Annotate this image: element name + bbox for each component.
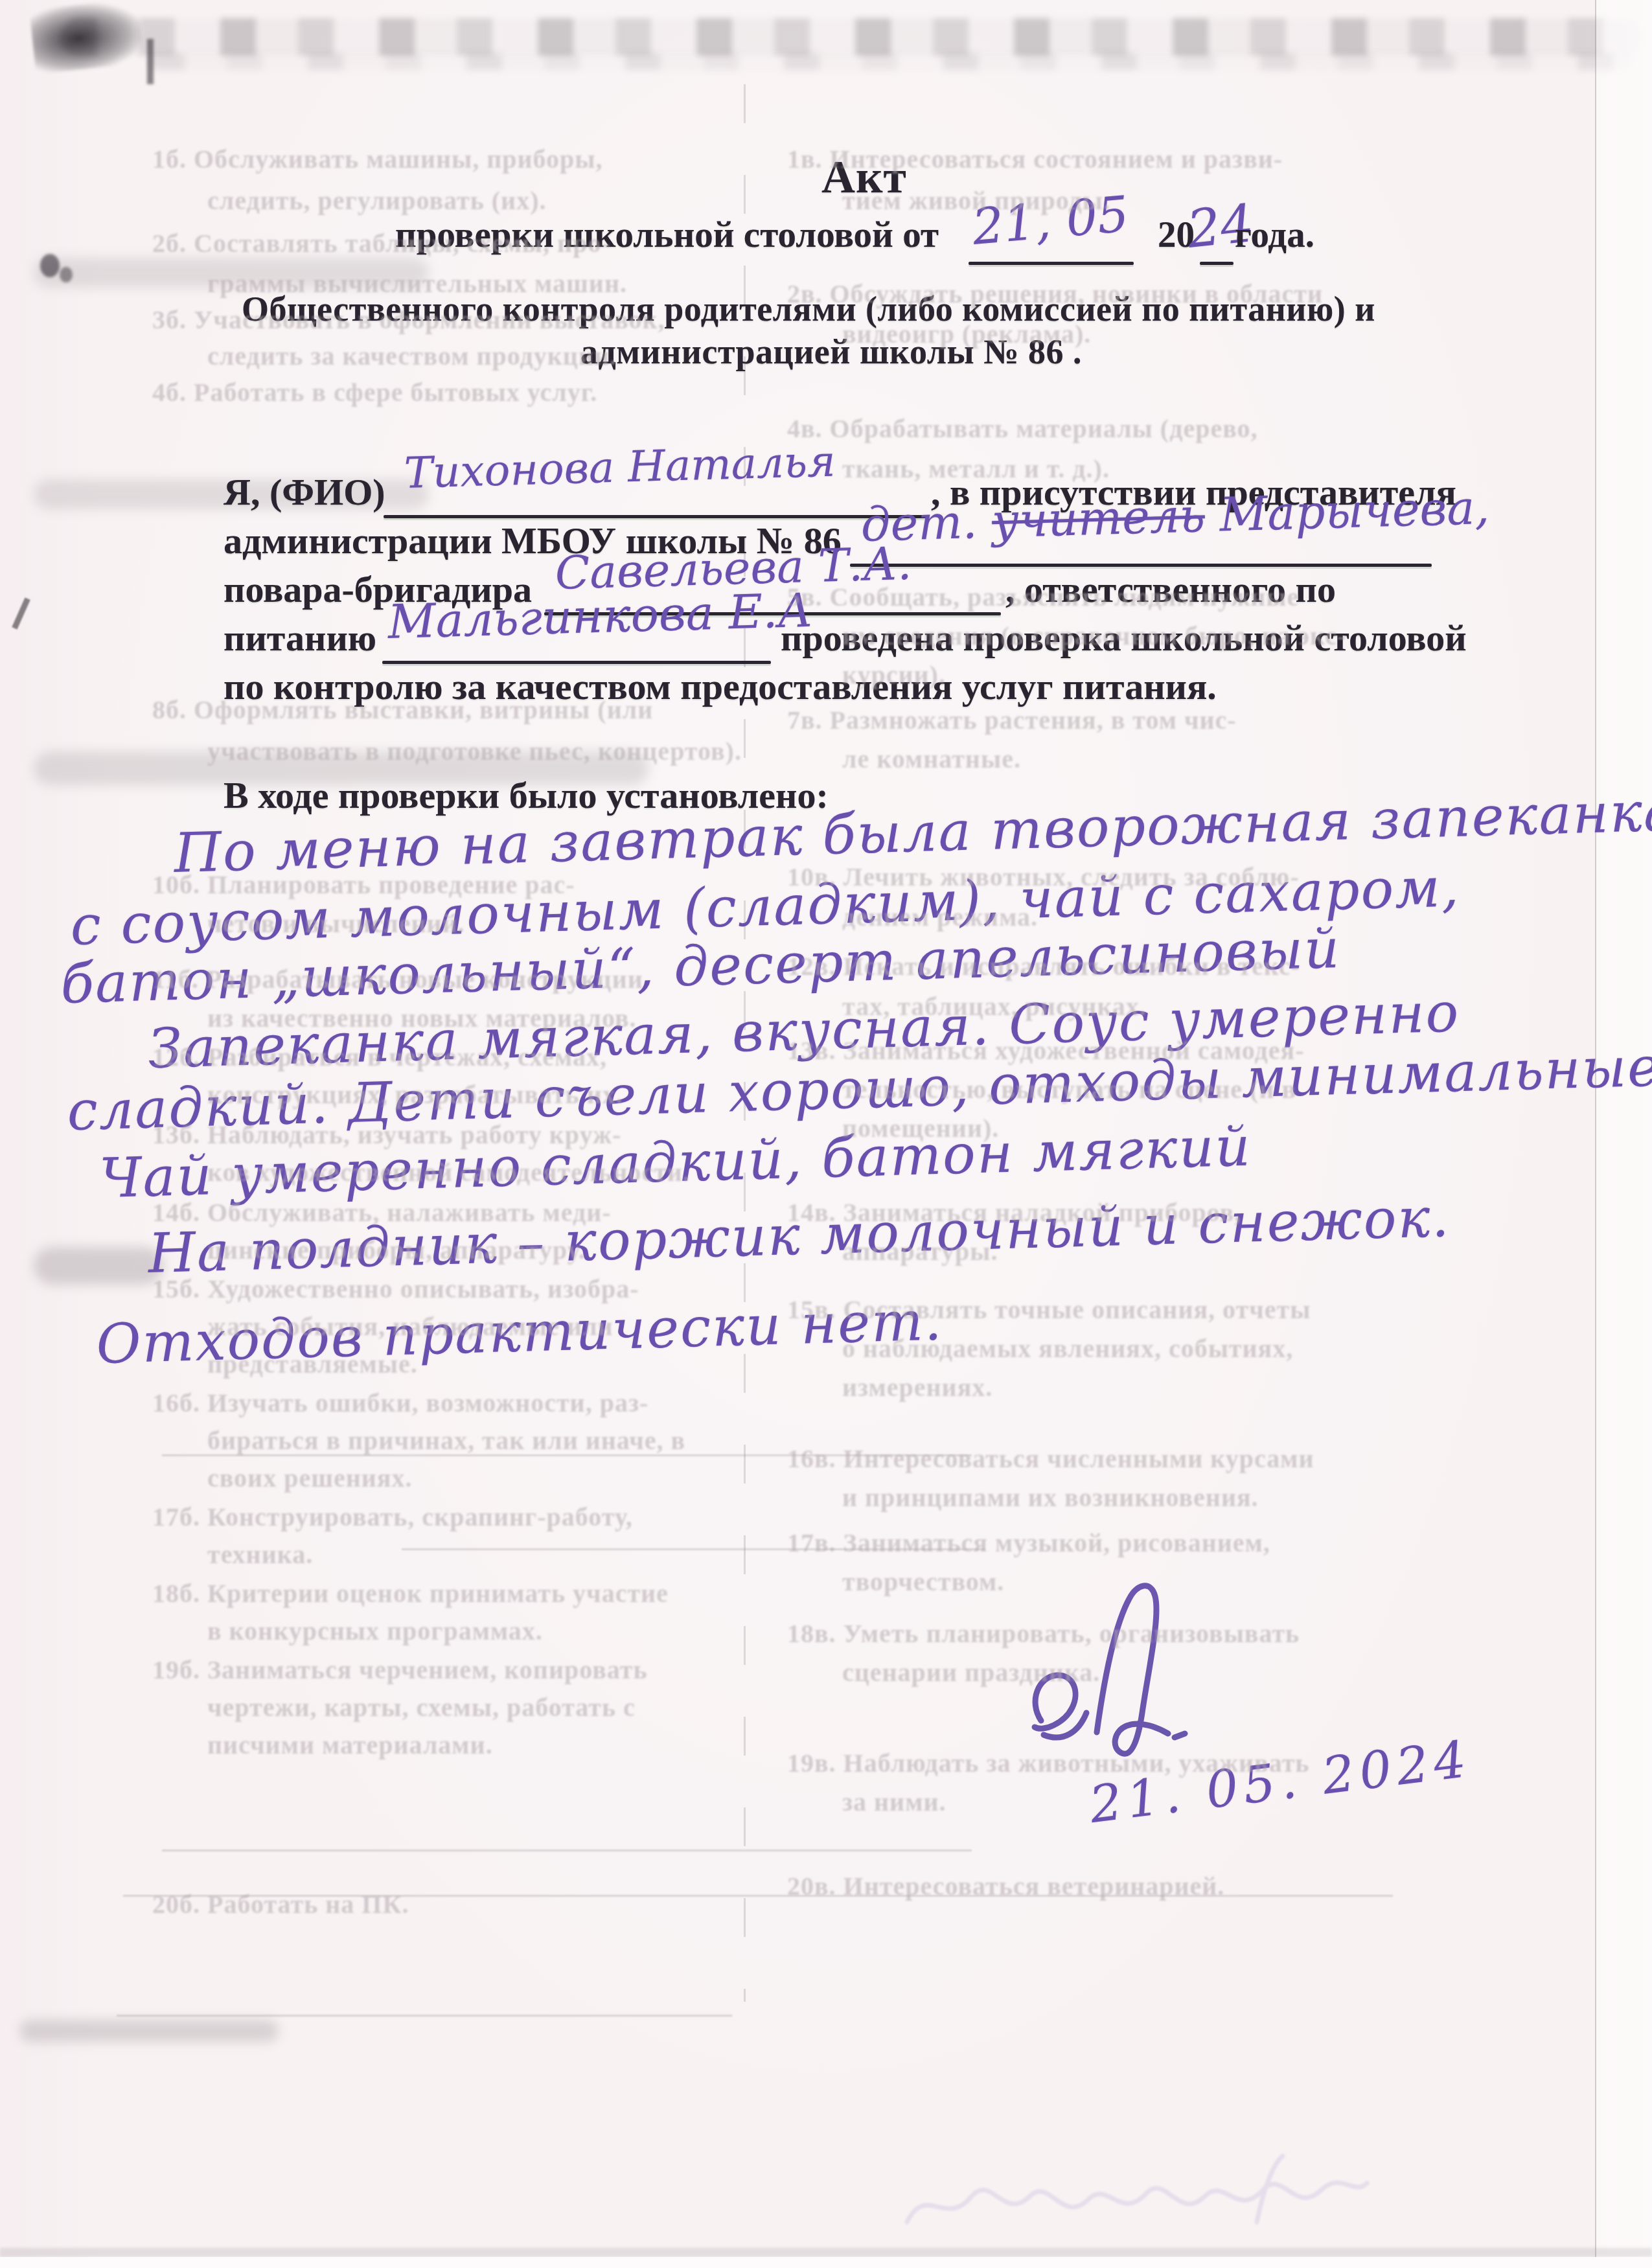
scan-smudge-tick xyxy=(12,597,30,629)
bleed-through-line: 14в. Заниматься наладкой приборов, xyxy=(787,1197,1241,1228)
bleed-through-line: 13б. Наблюдать, изучать работу круж- xyxy=(152,1119,621,1150)
admin-rep-struck: учитель xyxy=(991,488,1206,548)
scan-smudge-dot-2 xyxy=(60,267,73,282)
bleed-through-line: сценарии праздника. xyxy=(842,1657,1100,1688)
bleed-through-line: 14б. Обслуживать, налаживать меди- xyxy=(152,1197,612,1228)
scan-right-edge-line xyxy=(1595,0,1596,2268)
bleed-through-line: 17б. Конструировать, скрапинг-работу, xyxy=(152,1502,633,1532)
bleed-through-line: 18в. Уметь планировать, организовывать xyxy=(787,1618,1300,1649)
bleed-through-line: 4б. Работать в сфере бытовых услуг. xyxy=(152,377,597,407)
bleed-through-line: 4в. Обрабатывать материалы (дерево, xyxy=(787,413,1257,444)
bleed-through-line: 11б. Разрабатывать новые конструкции xyxy=(152,964,643,994)
scan-smudge-bottom-left xyxy=(19,2020,279,2042)
handwritten-fio: Тихонова Наталья xyxy=(404,436,836,498)
bleed-through-line: и принципами их возникновения. xyxy=(842,1482,1259,1513)
scan-hairline-5 xyxy=(117,2015,732,2017)
body-line4-pre: питанию xyxy=(224,616,376,659)
scan-bottom-edge xyxy=(0,2248,1652,2257)
bleed-through-line: своих решениях. xyxy=(207,1463,412,1493)
bleed-through-line: 2б. Составлять таблицы, схемы, про- xyxy=(152,228,611,258)
bleed-through-line: 2в. Обсуждать решения, новинки в области xyxy=(787,279,1323,309)
bleed-through-line: 20в. Интересоваться ветеринарией. xyxy=(787,1871,1224,1901)
bleed-through-line: 3б. Участвовать в оформлении выставок, xyxy=(152,304,665,335)
scan-smudge-left-4 xyxy=(34,1247,163,1285)
bleed-through-line: ле комнатные. xyxy=(842,744,1021,774)
bleed-through-line: тах, таблицах, рисунках. xyxy=(842,991,1147,1022)
bleed-through-line: 12в. Искать и исправлять ошибки в текс- xyxy=(787,951,1300,981)
scan-right-edge-strip xyxy=(1596,0,1652,2268)
bleed-through-line: 1в. Интересоваться состоянием и разви- xyxy=(787,144,1283,174)
year-blank-underline xyxy=(1200,262,1233,265)
bleed-through-line: творчеством. xyxy=(842,1566,1004,1597)
admin-blank-underline xyxy=(850,564,1432,567)
scan-smudge-dot-1 xyxy=(40,254,60,277)
bleed-through-signature-ghost xyxy=(894,2144,1386,2248)
bleed-through-line: измерениях. xyxy=(842,1372,992,1403)
bleed-through-line: 17в. Заниматься музыкой, рисованием, xyxy=(787,1528,1270,1558)
bleed-through-line: помещении). xyxy=(842,1113,999,1143)
admin-rep-post: Марычева, xyxy=(1204,480,1491,542)
date-blank-underline xyxy=(969,262,1134,265)
bleed-through-line: в конкурсных программах. xyxy=(207,1616,543,1646)
officer-blank-underline xyxy=(382,661,771,664)
scan-hairline-3 xyxy=(162,1850,972,1851)
bleed-through-line: цинские приборы, аппаратуру. xyxy=(207,1235,586,1265)
body-line1-pre: Я, (ФИО) xyxy=(224,470,385,514)
handwritten-officer: Мальгинкова Е.А xyxy=(387,583,814,649)
bleed-through-line: 20б. Работать на ПК. xyxy=(152,1889,409,1919)
bleed-through-line: из качественно новых материалов. xyxy=(207,1003,637,1033)
bleed-through-line: 1б. Обслуживать машины, приборы, xyxy=(152,144,603,174)
bleed-through-line: писчими материалами. xyxy=(207,1730,493,1760)
title-date-line-post: года. xyxy=(1235,214,1314,256)
scan-smudge-top-band xyxy=(62,18,1642,56)
scan-bottom-strip xyxy=(0,2257,1652,2268)
bleed-through-line: бираться в причинах, так или иначе, в xyxy=(207,1425,685,1456)
bleed-through-line: представляемые. xyxy=(207,1349,418,1379)
bleed-through-line: следить, регулировать (их). xyxy=(207,185,546,216)
bleed-through-line: 15б. Художественно описывать, изобра- xyxy=(152,1274,639,1304)
bleed-through-line: участвовать в подготовке пьес, концертов… xyxy=(207,736,742,766)
bleed-through-line: курсии). xyxy=(842,659,946,690)
bleed-through-line: тием живой природы. xyxy=(842,185,1110,216)
bleed-through-line: аппаратуры. xyxy=(842,1236,998,1266)
scan-smudge-top-band-2 xyxy=(149,53,1633,70)
bleed-through-line: ков художественной самодеятельности. xyxy=(207,1157,690,1187)
bleed-through-line: следить за качеством продукции. xyxy=(207,341,617,371)
bleed-through-line: граммы вычислительных машин. xyxy=(207,268,627,299)
bleed-through-line: 19б. Заниматься черчением, копировать xyxy=(152,1655,648,1685)
bleed-through-line: 5в. Сообщать, разъяснять людям нужные xyxy=(787,582,1299,612)
bleed-through-line: техника. xyxy=(207,1539,313,1570)
bleed-through-line: тельностью, выступать на сцене (и в xyxy=(842,1074,1296,1105)
bleed-through-line: чертежи, карты, схемы, работать с xyxy=(207,1692,636,1723)
bleed-through-line: 8б. Оформлять выставки, витрины (или xyxy=(152,694,653,725)
bleed-through-line: 16в. Интересоваться численными курсами xyxy=(787,1443,1314,1474)
bleed-through-line: 15в. Составлять точные описания, отчеты xyxy=(787,1294,1311,1325)
scanned-document-page: Акт проверки школьной столовой от 21, 05… xyxy=(0,0,1652,2268)
bleed-through-line: 7в. Размножать растения, в том чис- xyxy=(787,705,1237,735)
bleed-through-line: 16б. Изучать ошибки, возможности, раз- xyxy=(152,1388,648,1418)
bleed-through-line: конструкциях, разрабатывать их. xyxy=(207,1079,623,1110)
bleed-through-line: видеоигр (реклама). xyxy=(842,319,1091,349)
bleed-through-line: 13в. Заниматься художественной самодея- xyxy=(787,1035,1305,1066)
scan-smudge-corner xyxy=(29,0,144,74)
scan-smudge-top-tick xyxy=(147,39,154,84)
bleed-through-line: 10в. Лечить животных, следить за соблю- xyxy=(787,862,1300,892)
bleed-through-line: ткань, металл и т. д.). xyxy=(842,453,1110,484)
bleed-through-line: им сведения (в справочном бюро, на экс- xyxy=(842,621,1346,651)
bleed-through-line: о наблюдаемых явлениях, событиях, xyxy=(842,1333,1293,1364)
bleed-through-line: 12б. Разбираться в чертежах, схемах, xyxy=(152,1042,607,1072)
bleed-through-line: за ними. xyxy=(842,1787,946,1817)
bleed-through-line: 10б. Планировать проведение рас- xyxy=(152,869,575,900)
bleed-through-line: 19в. Наблюдать за животными, ухаживать xyxy=(787,1748,1309,1778)
bleed-through-line: 18б. Критерии оценок принимать участие xyxy=(152,1578,669,1609)
bleed-through-line: четов и вычислений. xyxy=(207,908,465,939)
bleed-through-line: дением режима. xyxy=(842,902,1038,932)
fio-blank-underline xyxy=(384,515,926,518)
bleed-through-line: жать события, наблюдаемые или xyxy=(207,1311,614,1342)
